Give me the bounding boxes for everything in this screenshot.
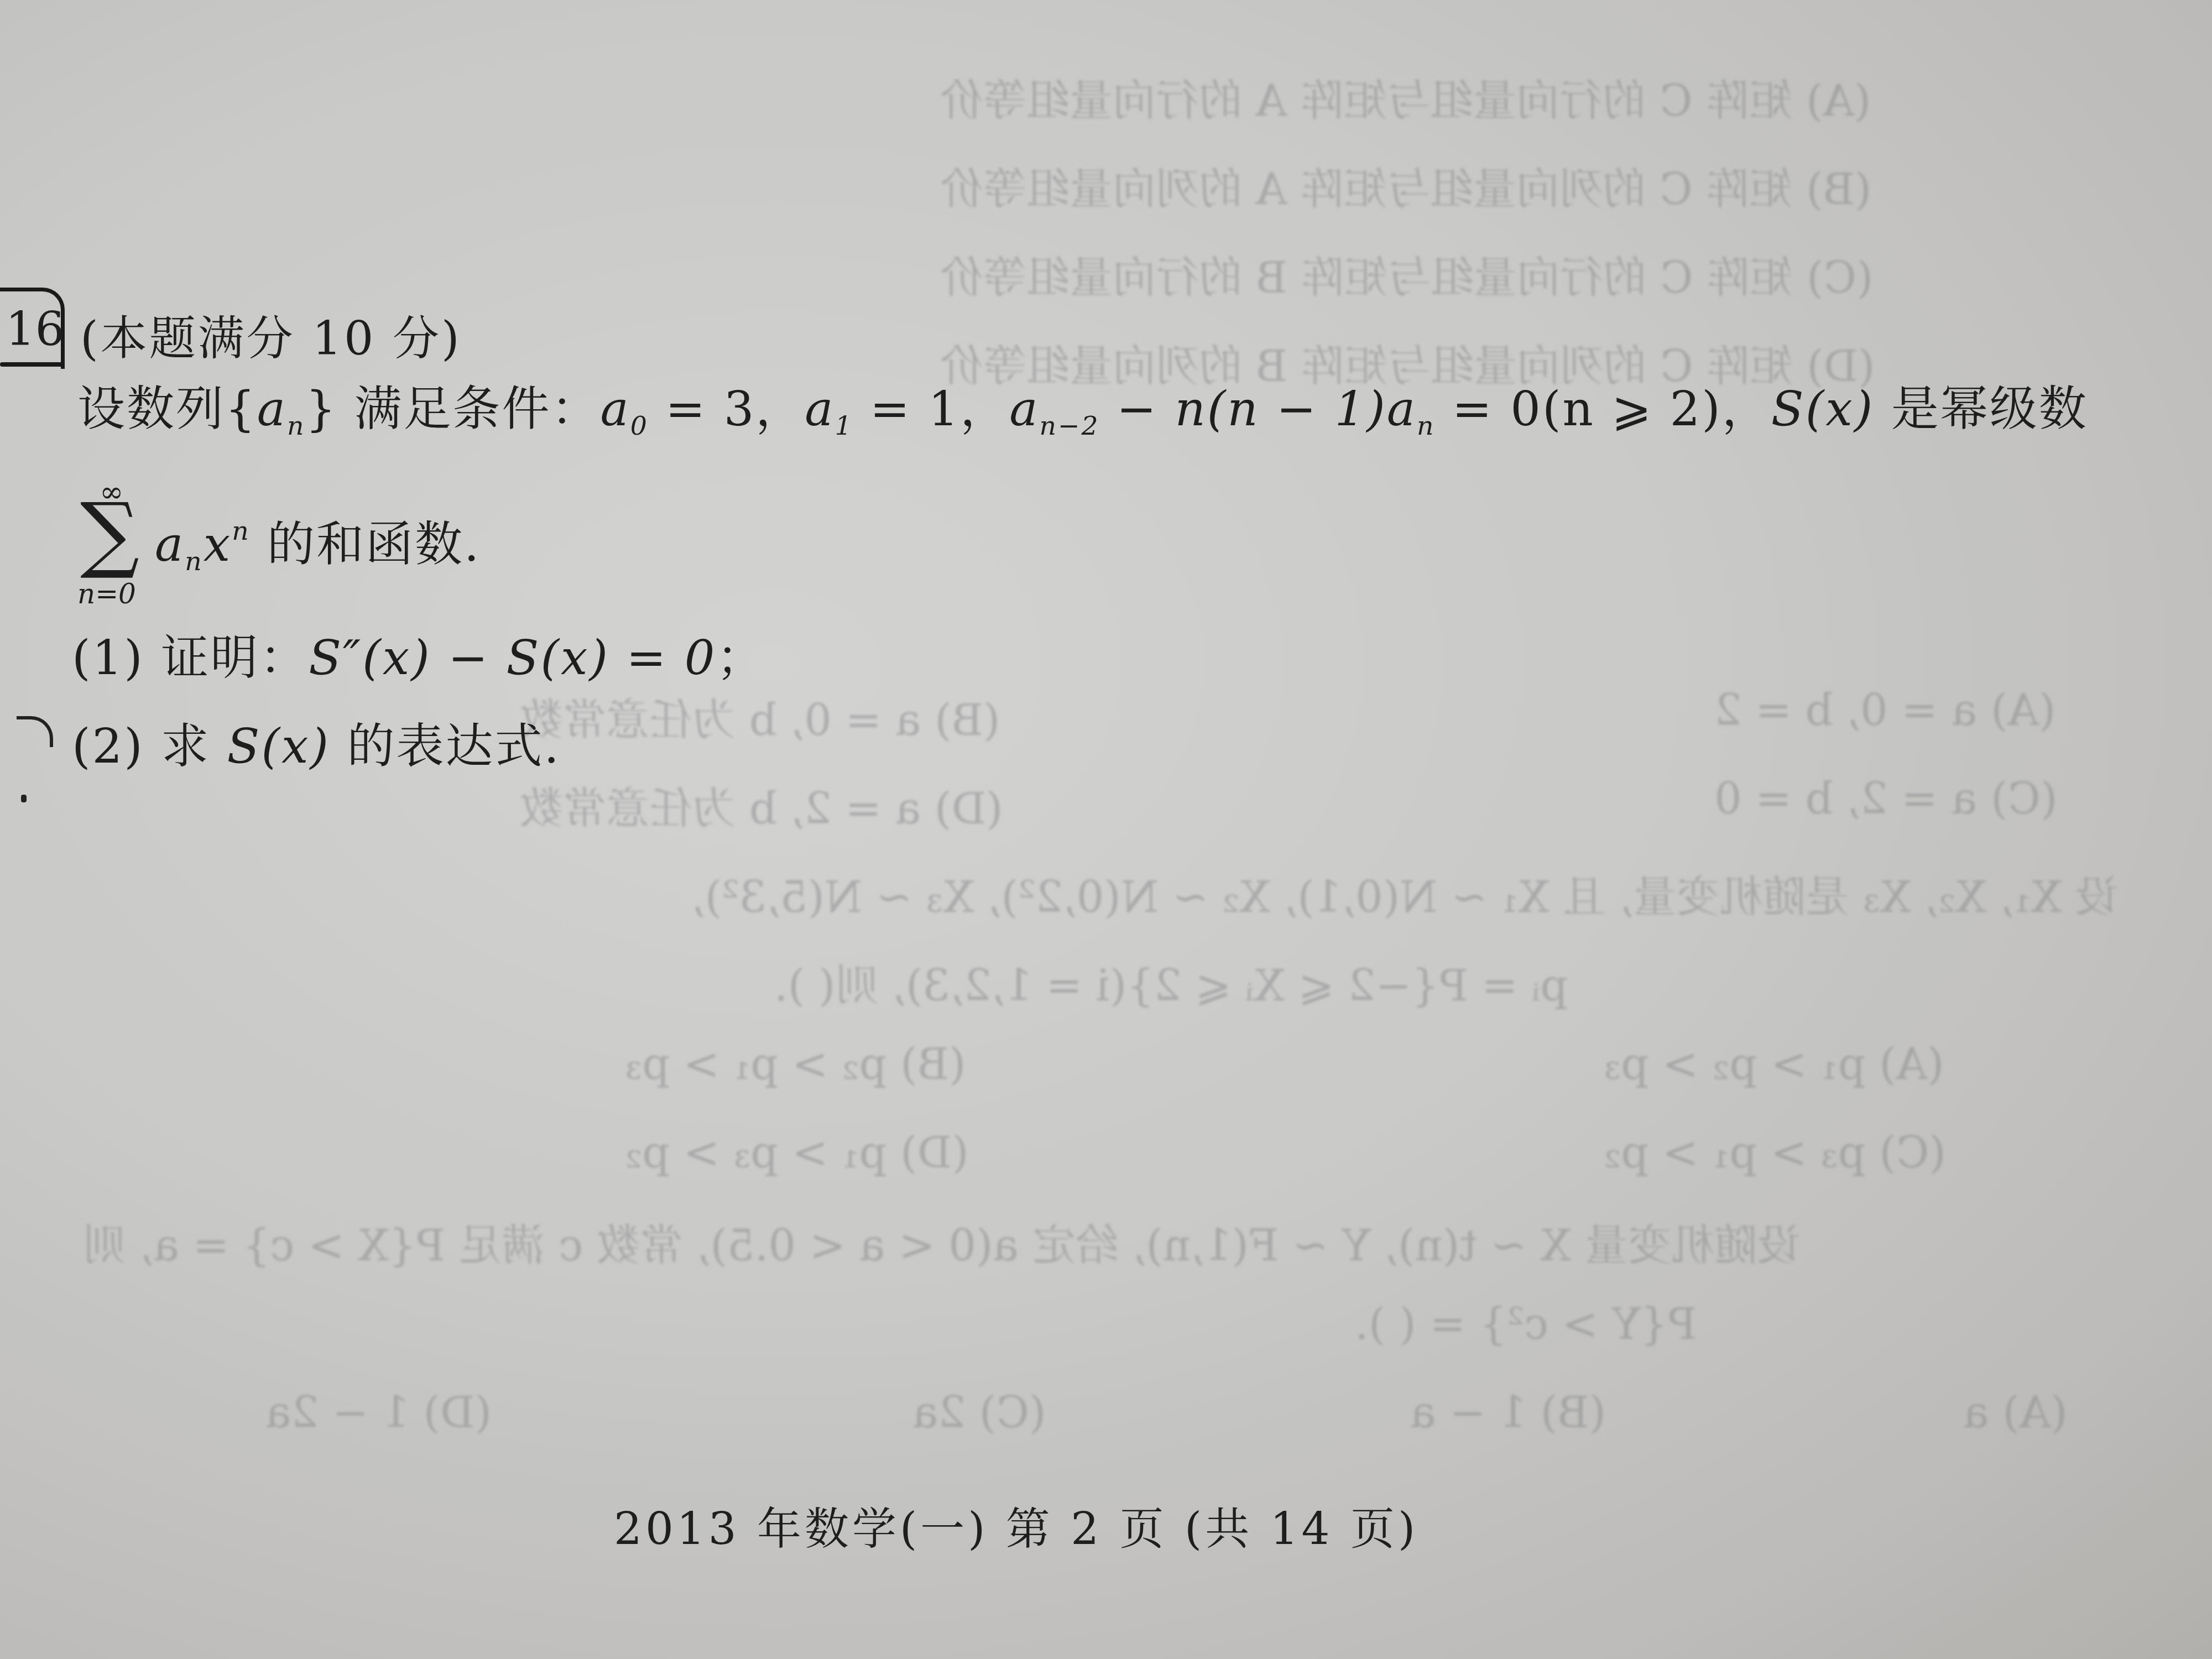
term-var: a	[155, 517, 185, 572]
bleed-through-text: (A) p₁ > p₂ > p₃	[1604, 1040, 1944, 1089]
cond3-var2: a	[1387, 382, 1417, 437]
page-footer: 2013 年数学(一) 第 2 页 (共 14 页)	[614, 1493, 1418, 1557]
cond3-rhs: = 0(n ⩾ 2)，	[1435, 382, 1771, 437]
cond3-sub2: n	[1417, 411, 1435, 441]
seq-open: {	[225, 382, 257, 437]
bleed-through-text: (A) a	[1963, 1388, 2068, 1438]
seq-sub: n	[287, 411, 305, 441]
question-number: 16	[6, 299, 61, 359]
seq-close: }	[305, 382, 337, 437]
cond3-mid: − n(n − 1)	[1100, 382, 1387, 437]
exam-page: (A) 矩阵 C 的行向量组与矩阵 A 的行向量组等价(B) 矩阵 C 的列向量…	[0, 0, 2212, 1659]
term-sub: n	[185, 546, 203, 577]
part-prefix: 求	[144, 719, 227, 774]
bleed-through-text: (C) 矩阵 C 的行向量组与矩阵 B 的行向量组等价	[940, 243, 1874, 305]
bleed-through-text: (B) 矩阵 C 的列向量组与矩阵 A 的列向量组等价	[940, 155, 1871, 217]
handwritten-underline-mark	[0, 362, 64, 367]
sum-lower-limit: n=0	[77, 578, 136, 610]
cond1-sub: 0	[630, 411, 649, 441]
bleed-through-text: P{Y > c²} = ( ).	[1355, 1300, 1697, 1349]
bleed-through-text: (B) a = 0, b 为任意常数	[520, 686, 1000, 748]
bleed-through-text: (A) a = 0, b = 2	[1714, 686, 2056, 735]
handwritten-hook-mark	[17, 716, 53, 747]
bleed-through-text: 设随机变量 X ~ t(n), Y ~ F(1,n), 给定 a(0 < a <…	[83, 1211, 1801, 1273]
cond1-var: a	[601, 382, 630, 437]
bleed-through-text: (B) p₂ > p₁ > p₃	[625, 1040, 966, 1089]
part-label: (2)	[72, 719, 144, 774]
bleed-through-text: pᵢ = P{−2 ⩽ Xᵢ ⩽ 2}(i = 1,2,3), 则( ).	[774, 951, 1568, 1013]
seq-var: a	[257, 382, 287, 437]
cond2-sub: 1	[835, 411, 853, 441]
bleed-through-text: (B) 1 − a	[1410, 1388, 1606, 1438]
bleed-through-text: (D) a = 2, b 为任意常数	[520, 774, 1003, 836]
part-math: S″(x) − S(x) = 0	[309, 630, 716, 686]
bleed-through-text: (C) 2a	[912, 1388, 1046, 1438]
part-prefix: 证明：	[144, 630, 309, 686]
bleed-through-text: (D) 1 − 2a	[265, 1388, 492, 1438]
statement-prefix: 设数列	[77, 382, 225, 437]
bleed-through-text: (A) 矩阵 C 的行向量组与矩阵 A 的行向量组等价	[940, 66, 1871, 128]
sum-function: S(x)	[1771, 382, 1875, 437]
sub-question-2: (2) 求 S(x) 的表达式.	[72, 708, 561, 776]
bleed-through-text: (D) p₁ > p₃ > p₂	[625, 1128, 969, 1178]
summation: ∞ ∑ n=0	[77, 476, 155, 608]
pen-dot-mark	[21, 795, 27, 802]
term-exp: n	[232, 516, 250, 546]
part-math: S(x)	[227, 719, 331, 774]
cond3-var: a	[1009, 382, 1039, 437]
part-label: (1)	[72, 630, 144, 686]
bleed-through-text: (C) a = 2, b = 0	[1714, 774, 2058, 824]
term-x: x	[204, 517, 232, 572]
cond2-rhs: = 1，	[853, 382, 1009, 437]
series-suffix: 的和函数.	[251, 517, 481, 572]
condition-label: 满足条件：	[354, 382, 601, 437]
bleed-through-text: (C) p₃ > p₁ > p₂	[1604, 1128, 1946, 1178]
sigma-icon: ∑	[80, 492, 139, 575]
part-suffix: 的表达式.	[330, 719, 561, 774]
part-suffix: ；	[717, 630, 766, 686]
statement-suffix: 是幂级数	[1874, 382, 2088, 437]
question-score-title: (本题满分 10 分)	[80, 301, 462, 368]
cond1-rhs: = 3，	[649, 382, 805, 437]
bleed-through-text: 设 X₁, X₂, X₃ 是随机变量, 且 X₁ ~ N(0,1), X₂ ~ …	[691, 863, 2119, 925]
sub-question-1: (1) 证明：S″(x) − S(x) = 0；	[72, 619, 766, 688]
cond3-sub: n−2	[1039, 411, 1099, 441]
problem-statement-line: 设数列{an} 满足条件：a0 = 3，a1 = 1，an−2 − n(n − …	[77, 371, 2088, 441]
series-term-line: anxn 的和函数.	[155, 506, 481, 577]
cond2-var: a	[805, 382, 834, 437]
